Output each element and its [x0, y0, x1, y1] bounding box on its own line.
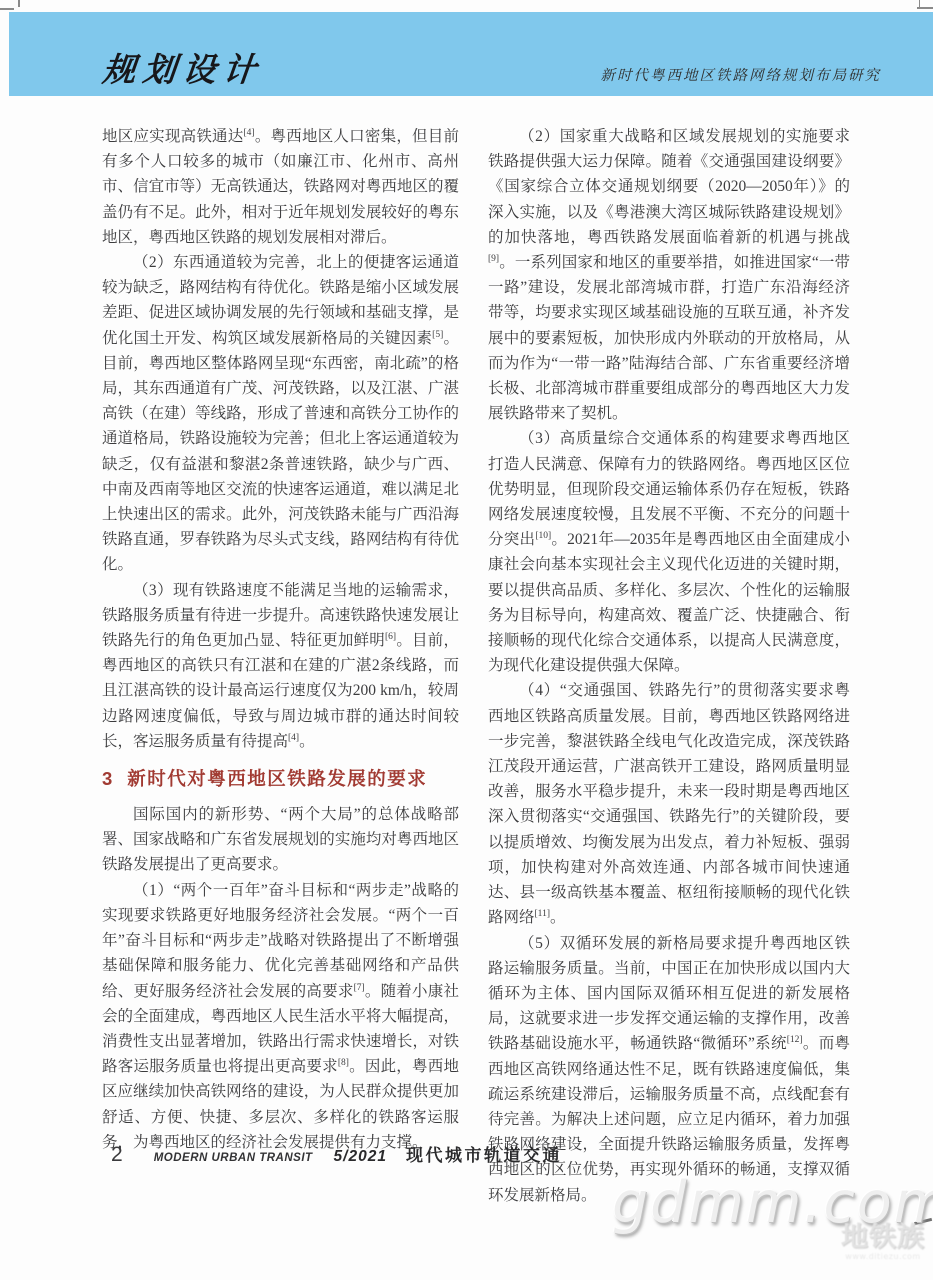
- reference-marker: [5]: [432, 329, 443, 339]
- paragraph: 地区应实现高铁通达[4]。粤西地区人口密集，但目前有多个人口较多的城市（如廉江市…: [102, 124, 459, 250]
- header-band: 规划设计 新时代粤西地区铁路网络规划布局研究: [9, 12, 933, 96]
- journal-page: 规划设计 新时代粤西地区铁路网络规划布局研究 地区应实现高铁通达[4]。粤西地区…: [0, 0, 933, 1280]
- running-head-article-title: 新时代粤西地区铁路网络规划布局研究: [601, 64, 882, 85]
- reference-marker: [10]: [535, 531, 551, 541]
- watermark-corner: 地铁族 www.ditiezu.com: [835, 1224, 931, 1261]
- reference-marker: [8]: [338, 1058, 349, 1068]
- left-column: 地区应实现高铁通达[4]。粤西地区人口密集，但目前有多个人口较多的城市（如廉江市…: [102, 124, 459, 1155]
- page-number: 2: [111, 1143, 123, 1167]
- crop-mark-top-left-horizontal: [0, 8, 14, 10]
- reference-marker: [12]: [787, 1035, 803, 1045]
- paragraph: （4）“交通强国、铁路先行”的贯彻落实要求粤西地区铁路高质量发展。目前，粤西地区…: [488, 678, 850, 930]
- paragraph: （2）国家重大战略和区域发展规划的实施要求铁路提供强大运力保障。随着《交通强国建…: [488, 124, 850, 426]
- page-footer: 2 MODERN URBAN TRANSIT 5/2021 现代城市轨道交通: [111, 1141, 562, 1167]
- journal-name-chinese: 现代城市轨道交通: [406, 1141, 562, 1166]
- section-heading: 3新时代对粤西地区铁路发展的要求: [102, 768, 459, 790]
- watermark-corner-text: 地铁族: [835, 1224, 931, 1252]
- reference-marker: [4]: [288, 733, 299, 743]
- reference-marker: [9]: [488, 254, 499, 264]
- paragraph: 国际国内的新形势、“两个大局”的总体战略部署、国家战略和广东省发展规划的实施均对…: [102, 802, 459, 878]
- reference-marker: [7]: [354, 982, 365, 992]
- paragraph: （1）“两个一百年”奋斗目标和“两步走”战略的实现要求铁路更好地服务经济社会发展…: [102, 878, 459, 1155]
- paragraph: （3）现有铁路速度不能满足当地的运输需求，铁路服务质量有待进一步提升。高速铁路快…: [102, 578, 459, 754]
- reference-marker: [6]: [385, 632, 396, 642]
- reference-marker: [4]: [244, 128, 255, 138]
- journal-name-english: MODERN URBAN TRANSIT: [154, 1152, 313, 1164]
- crop-mark-top-left-vertical: [18, 0, 20, 7]
- paragraph: （2）东西通道较为完善，北上的便捷客运通道较为缺乏，路网结构有待优化。铁路是缩小…: [102, 250, 459, 578]
- watermark-corner-url: www.ditiezu.com: [835, 1252, 931, 1261]
- paragraph: （3）高质量综合交通体系的构建要求粤西地区打造人民满意、保障有力的铁路网络。粤西…: [488, 426, 850, 678]
- section-number: 3: [102, 768, 112, 789]
- issue-number: 5/2021: [334, 1148, 387, 1166]
- crop-mark-top-right-vertical: [919, 0, 921, 8]
- reference-marker: [11]: [535, 909, 550, 919]
- right-column: （2）国家重大战略和区域发展规划的实施要求铁路提供强大运力保障。随着《交通强国建…: [488, 124, 850, 1208]
- column-section-title: 规划设计: [101, 44, 266, 91]
